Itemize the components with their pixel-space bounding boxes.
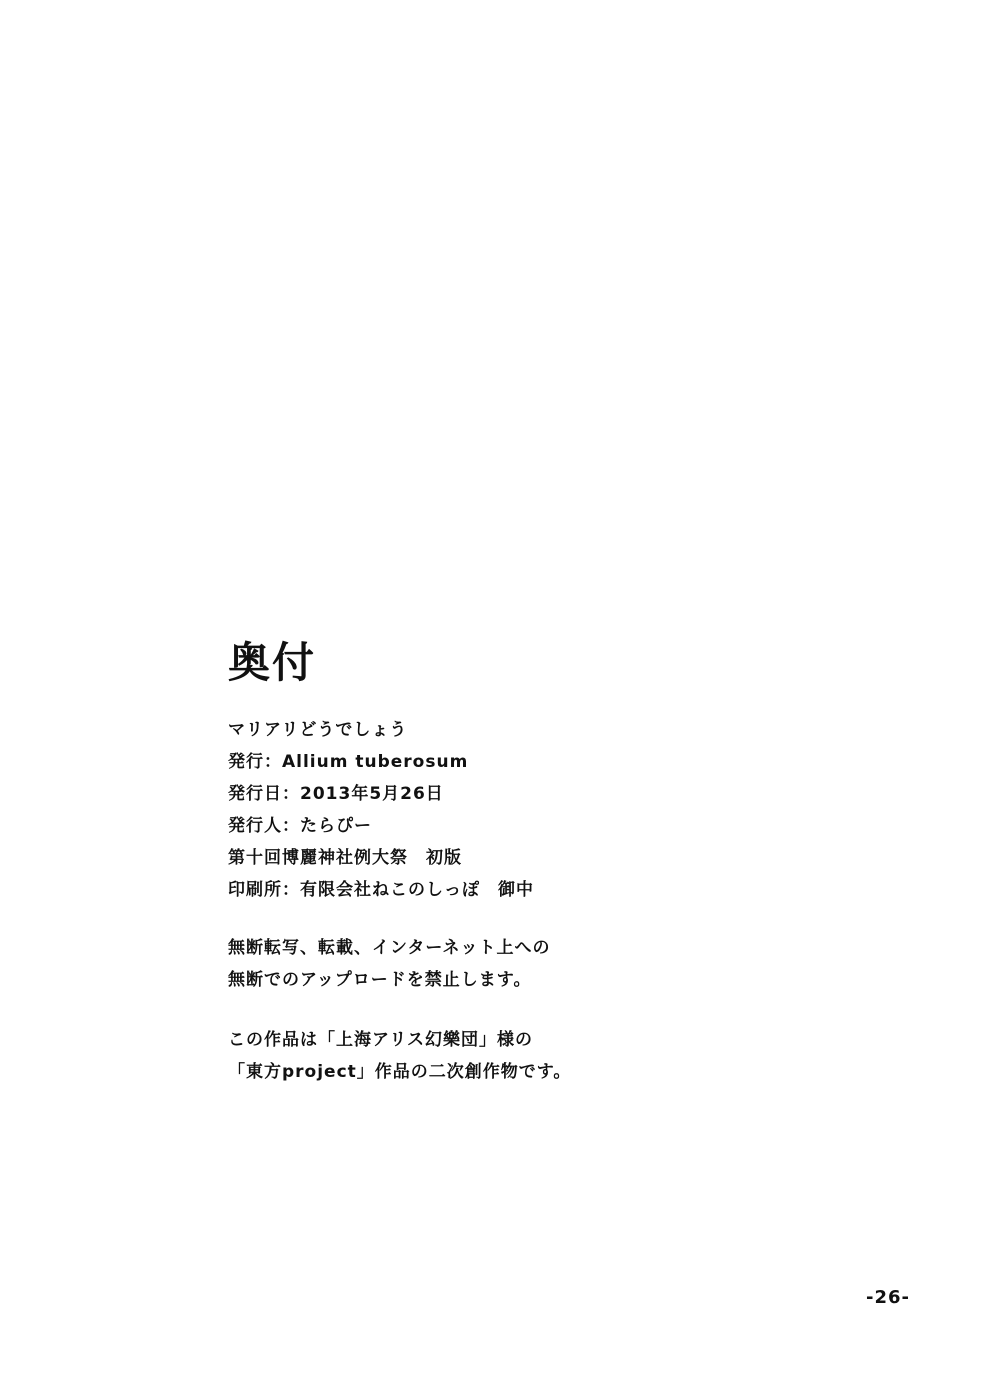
publisher-line: 発行：Allium tuberosum — [228, 746, 648, 778]
event-line: 第十回博麗神社例大祭 初版 — [228, 842, 648, 874]
colophon-title: 奥付 — [228, 638, 648, 688]
spacer — [228, 996, 648, 1024]
notice-line-2: 無断でのアップロードを禁止します。 — [228, 964, 648, 996]
colophon: 奥付 マリアリどうでしょう 発行：Allium tuberosum 発行日：20… — [228, 638, 648, 1088]
book-title: マリアリどうでしょう — [228, 714, 648, 746]
author-line: 発行人：たらぴー — [228, 810, 648, 842]
printer-line: 印刷所：有限会社ねこのしっぽ 御中 — [228, 874, 648, 906]
publish-date-line: 発行日：2013年5月26日 — [228, 778, 648, 810]
spacer — [228, 906, 648, 932]
credit-line-2: 「東方project」作品の二次創作物です。 — [228, 1056, 648, 1088]
credit-line-1: この作品は「上海アリス幻樂団」様の — [228, 1024, 648, 1056]
notice-line-1: 無断転写、転載、インターネット上への — [228, 932, 648, 964]
page-number: -26- — [866, 1287, 910, 1308]
